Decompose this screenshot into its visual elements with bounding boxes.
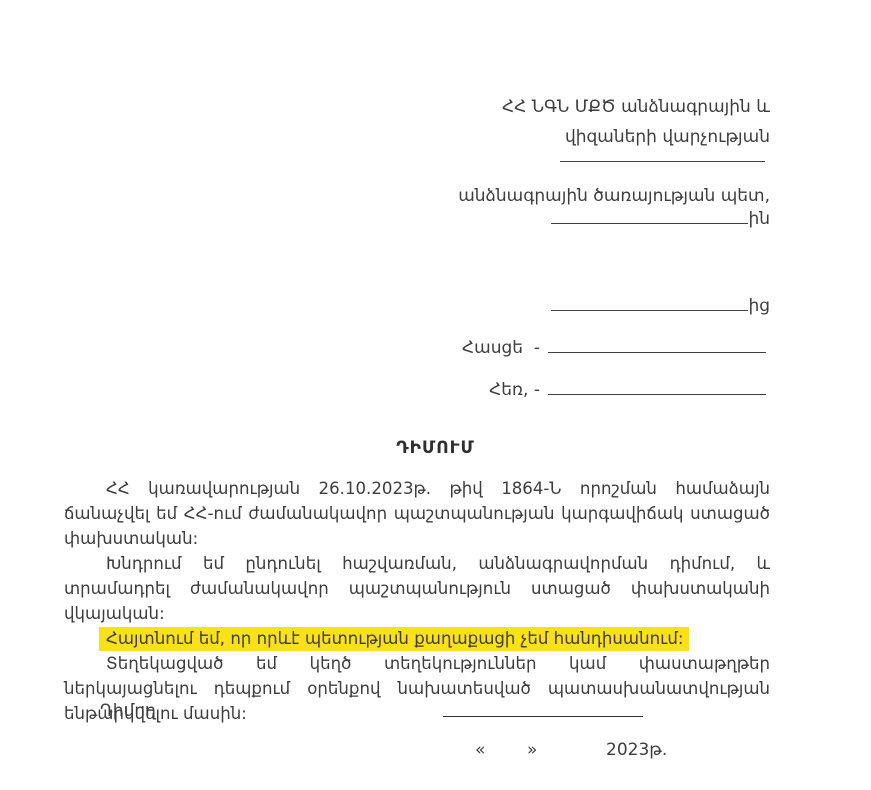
applicant-label: Դիմող: [100, 701, 156, 721]
date-quote-close: »: [527, 740, 537, 760]
signature-blank-line: [443, 700, 643, 717]
address-blank-line: [548, 334, 766, 353]
dative-suffix: ին: [748, 209, 770, 229]
recipient-org-line1: ՀՀ ՆԳՆ ՄՔԾ անձնագրային և: [502, 92, 770, 122]
applicant-name-field: ից: [551, 292, 770, 316]
document-title: ԴԻՄՈՒՄ: [0, 438, 871, 458]
phone-label: Հեռ, -: [489, 380, 540, 400]
recipient-name-blank-line: [551, 205, 748, 224]
date-quote-open: «: [475, 740, 485, 760]
phone-blank-line: [548, 376, 766, 395]
recipient-dept: անձնագրային ծառայության պետ,: [458, 186, 770, 206]
highlighted-statement: Հայտնում եմ, որ որևէ պետության քաղաքացի …: [99, 627, 689, 651]
recipient-name-field: ին: [551, 205, 770, 229]
recipient-org: ՀՀ ՆԳՆ ՄՔԾ անձնագրային և վիզաների վարչու…: [502, 92, 770, 152]
ablative-suffix: ից: [748, 296, 770, 316]
application-document-page: ՀՀ ՆԳՆ ՄՔԾ անձնագրային և վիզաների վարչու…: [0, 0, 871, 790]
phone-field: Հեռ, -: [489, 376, 766, 400]
applicant-name-blank-line: [551, 292, 748, 311]
paragraph-liability: Տեղեկացված եմ կեղծ տեղեկություններ կամ փ…: [64, 651, 770, 726]
paragraph-citizenship: Հայտնում եմ, որ որևէ պետության քաղաքացի …: [64, 626, 770, 651]
org-blank-line: [560, 161, 765, 162]
document-body: ՀՀ կառավարության 26.10.2023թ. թիվ 1864-Ն…: [64, 476, 770, 726]
date-year: 2023թ.: [606, 740, 667, 760]
paragraph-legal-basis: ՀՀ կառավարության 26.10.2023թ. թիվ 1864-Ն…: [64, 476, 770, 551]
recipient-org-line2: վիզաների վարչության: [502, 122, 770, 152]
address-label: Հասցե -: [462, 338, 540, 358]
address-field: Հասցե -: [462, 334, 766, 358]
paragraph-request: Խնդրում եմ ընդունել հաշվառման, անձնագրավ…: [64, 551, 770, 626]
